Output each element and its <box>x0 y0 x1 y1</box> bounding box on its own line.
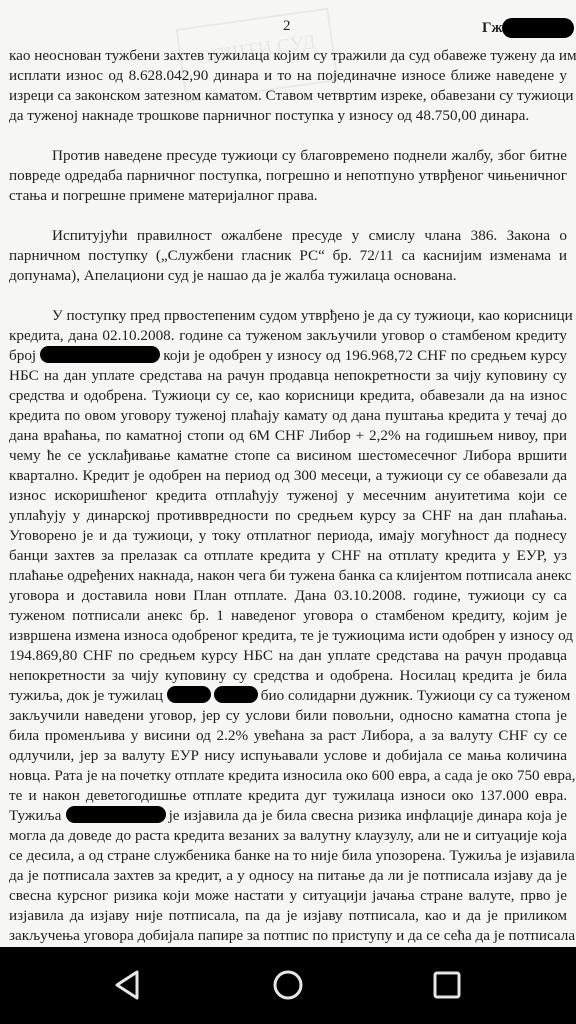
text-line: изјавила да изјаву није потписала, па да… <box>9 906 567 926</box>
back-button[interactable] <box>108 965 148 1005</box>
text-line: Уговорено је и да тужиоци, у току отплат… <box>9 526 567 546</box>
recents-square-icon <box>432 970 462 1000</box>
text-line: свесна курсног ризика који може настати … <box>9 886 567 906</box>
text-line: НБС на дан уплате средстава на рачун про… <box>9 366 567 386</box>
case-prefix: Гж <box>482 20 502 37</box>
text-line: Против наведене пресуде тужиоци су благо… <box>9 146 567 166</box>
redaction-block <box>40 346 160 363</box>
recents-button[interactable] <box>427 965 467 1005</box>
text-line: туженом потписали анекс бр. 1 наведеног … <box>9 606 567 626</box>
text-line: Испитујући правилност ожалбене пресуде у… <box>9 226 567 246</box>
text-line: број који је одобрен у износу од 196.968… <box>9 346 567 366</box>
text-line: новца. Рата је на почетку отплате кредит… <box>9 766 567 786</box>
text-line: стања и погрешне примене материјалног пр… <box>9 186 567 206</box>
text-line: уплаћују у динарској противвредности по … <box>9 506 567 526</box>
text-line: кредита, дана 02.10.2008. године са туже… <box>9 326 567 346</box>
text-line: средства и одобрена. Тужиоци су се, као … <box>9 386 567 406</box>
text-line: те и након деветогодишње отплате кредита… <box>9 786 567 806</box>
text-line: извршена измена износа одобреног кредита… <box>9 626 567 646</box>
text-line: закључили наведени уговор, јер су услови… <box>9 706 567 726</box>
text-line: повреде одредаба парничног поступка, пог… <box>9 166 567 186</box>
text-line: Тужиља је изјавила да је била свесна риз… <box>9 806 567 826</box>
text-line: чему ће се усклађивање каматне стопе са … <box>9 446 567 466</box>
text-line: да туженој накнаде трошкове парничног по… <box>9 106 567 126</box>
document-viewer[interactable]: ОПШТИ СУД 2 Гж као неоснован тужбени зах… <box>0 0 576 947</box>
text-line: да је потписала захтев за кредит, а у од… <box>9 866 567 886</box>
text-line: се десила, а од стране службеника банке … <box>9 846 567 866</box>
text-line: као неоснован тужбени захтев тужилаца ко… <box>9 46 567 66</box>
text-line: У поступку пред првостепеним судом утврђ… <box>9 306 567 326</box>
redaction-block <box>66 806 166 823</box>
text-line: дана враћања, по каматној стопи од 6М CH… <box>9 426 567 446</box>
text-line: тужиља, док је тужилац био солидарни дуж… <box>9 686 567 706</box>
text-line: парничном поступку („Службени гласник РС… <box>9 246 567 266</box>
android-navigation-bar <box>0 947 576 1024</box>
redaction-block <box>502 18 574 38</box>
text-line: банци захтев за прелазак са отплате кред… <box>9 546 567 566</box>
document-body: као неоснован тужбени захтев тужилаца ко… <box>9 46 567 947</box>
text-line: допунама), Апелациони суд је нашао да је… <box>9 266 567 286</box>
page-header: 2 Гж <box>0 14 576 40</box>
text-line: плаћање одређених накнада, након чега би… <box>9 566 567 586</box>
text-line: закључења уговора добијала папире за пот… <box>9 926 567 946</box>
case-number: Гж <box>482 18 574 38</box>
home-circle-icon <box>272 969 304 1001</box>
text-line: могла да доведе до раста кредита везаних… <box>9 826 567 846</box>
text-line: непокретности за чију куповину су средст… <box>9 666 567 686</box>
text-line: одлучили, јер за валуту ЕУР нису испуњав… <box>9 746 567 766</box>
text-line: уговора и доставила нови План отплате. Д… <box>9 586 567 606</box>
home-button[interactable] <box>268 965 308 1005</box>
redaction-block <box>214 686 258 703</box>
paragraph-gap <box>9 206 567 226</box>
page-number: 2 <box>283 18 291 35</box>
text-line: била променљива у висини од 2.2% увећана… <box>9 726 567 746</box>
redaction-block <box>167 686 211 703</box>
text-line: износ искоришћеног кредита отплаћују туж… <box>9 486 567 506</box>
back-triangle-icon <box>113 969 143 1001</box>
text-line: квартално. Кредит је одобрен на период о… <box>9 466 567 486</box>
paragraph-gap <box>9 126 567 146</box>
paragraph-gap <box>9 286 567 306</box>
text-line: исплати износ од 8.628.042,90 динара и т… <box>9 66 567 86</box>
text-line: 194.869,80 CHF по средњем курсу НБС на д… <box>9 646 567 666</box>
text-line: изреци са законском затезном каматом. Ст… <box>9 86 567 106</box>
text-line: кредита по овом уговору туженој плаћају … <box>9 406 567 426</box>
